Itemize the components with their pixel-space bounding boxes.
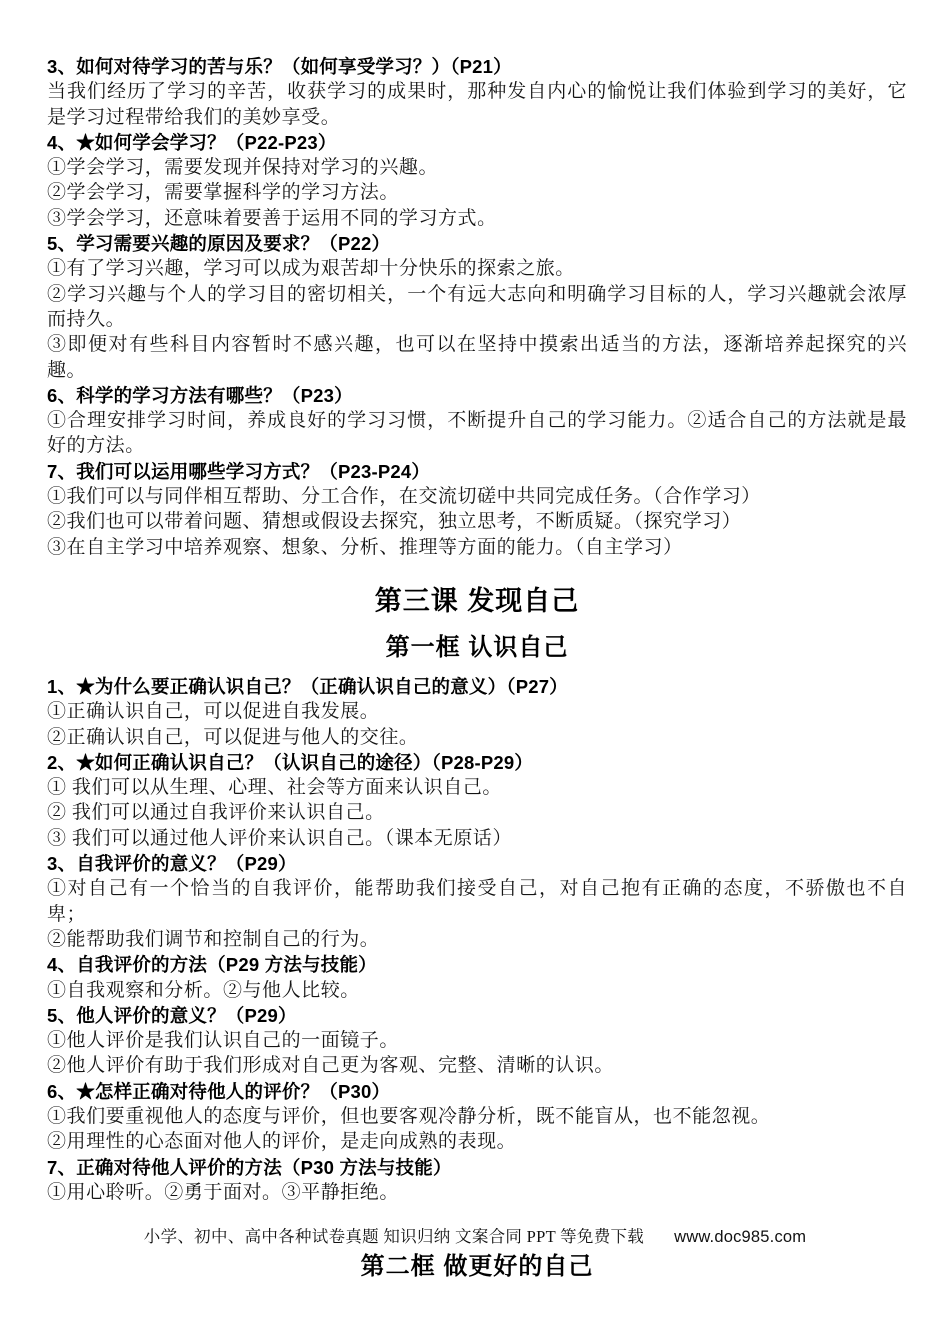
question-heading: 1、★为什么要正确认识自己？（正确认识自己的意义）（P27） [47,674,907,699]
answer-text: ②他人评价有助于我们形成对自己更为客观、完整、清晰的认识。 [47,1053,907,1078]
footer-text: 小学、初中、高中各种试卷真题 知识归纳 文案合同 PPT 等免费下载 [144,1227,644,1246]
answer-text: ②能帮助我们调节和控制自己的行为。 [47,927,907,952]
section-heading: 第二框 做更好的自己 [47,1251,907,1283]
document-content: 3、如何对待学习的苦与乐？（如何享受学习？）（P21）当我们经历了学习的辛苦，收… [47,54,907,1283]
footer-url-link[interactable]: www.doc985.com [674,1228,806,1246]
section-heading: 第一框 认识自己 [47,632,907,664]
answer-text: ③ 我们可以通过他人评价来认识自己。（课本无原话） [47,826,907,851]
question-heading: 3、自我评价的意义？（P29） [47,851,907,876]
answer-text: ①我们要重视他人的态度与评价，但也要客观冷静分析，既不能盲从，也不能忽视。 [47,1104,907,1129]
answer-text: ②我们也可以带着问题、猜想或假设去探究，独立思考，不断质疑。（探究学习） [47,509,907,534]
page-footer: 小学、初中、高中各种试卷真题 知识归纳 文案合同 PPT 等免费下载www.do… [0,1226,950,1248]
answer-text: 当我们经历了学习的辛苦，收获学习的成果时，那种发自内心的愉悦让我们体验到学习的美… [47,79,907,130]
question-heading: 3、如何对待学习的苦与乐？（如何享受学习？）（P21） [47,54,907,79]
question-heading: 4、★如何学会学习？（P22-P23） [47,130,907,155]
answer-text: ①自我观察和分析。②与他人比较。 [47,978,907,1003]
answer-text: ①我们可以与同伴相互帮助、分工合作，在交流切磋中共同完成任务。（合作学习） [47,484,907,509]
answer-text: ①学会学习，需要发现并保持对学习的兴趣。 [47,155,907,180]
question-heading: 7、正确对待他人评价的方法（P30 方法与技能） [47,1155,907,1180]
answer-text: ① 我们可以从生理、心理、社会等方面来认识自己。 [47,775,907,800]
answer-text: ①正确认识自己，可以促进自我发展。 [47,699,907,724]
answer-text: ③即便对有些科目内容暂时不感兴趣，也可以在坚持中摸索出适当的方法，逐渐培养起探究… [47,332,907,383]
answer-text: ②正确认识自己，可以促进与他人的交往。 [47,725,907,750]
answer-text: ②学习兴趣与个人的学习目的密切相关，一个有远大志向和明确学习目标的人，学习兴趣就… [47,282,907,333]
question-heading: 6、科学的学习方法有哪些？（P23） [47,383,907,408]
answer-text: ①他人评价是我们认识自己的一面镜子。 [47,1028,907,1053]
question-heading: 4、自我评价的方法（P29 方法与技能） [47,952,907,977]
answer-text: ①对自己有一个恰当的自我评价，能帮助我们接受自己，对自己抱有正确的态度，不骄傲也… [47,876,907,927]
answer-text: ③学会学习，还意味着要善于运用不同的学习方式。 [47,206,907,231]
question-heading: 2、★如何正确认识自己？（认识自己的途径）（P28-P29） [47,750,907,775]
question-heading: 6、★怎样正确对待他人的评价？（P30） [47,1079,907,1104]
question-heading: 7、我们可以运用哪些学习方式？（P23-P24） [47,459,907,484]
answer-text: ②用理性的心态面对他人的评价，是走向成熟的表现。 [47,1129,907,1154]
question-heading: 5、学习需要兴趣的原因及要求？（P22） [47,231,907,256]
document-page: 3、如何对待学习的苦与乐？（如何享受学习？）（P21）当我们经历了学习的辛苦，收… [0,0,950,1344]
answer-text: ② 我们可以通过自我评价来认识自己。 [47,800,907,825]
question-heading: 5、他人评价的意义？（P29） [47,1003,907,1028]
answer-text: ①用心聆听。②勇于面对。③平静拒绝。 [47,1180,907,1205]
answer-text: ②学会学习，需要掌握科学的学习方法。 [47,180,907,205]
answer-text: ③在自主学习中培养观察、想象、分析、推理等方面的能力。（自主学习） [47,535,907,560]
answer-text: ①合理安排学习时间，养成良好的学习习惯，不断提升自己的学习能力。②适合自己的方法… [47,408,907,459]
chapter-heading: 第三课 发现自己 [47,584,907,618]
answer-text: ①有了学习兴趣，学习可以成为艰苦却十分快乐的探索之旅。 [47,256,907,281]
